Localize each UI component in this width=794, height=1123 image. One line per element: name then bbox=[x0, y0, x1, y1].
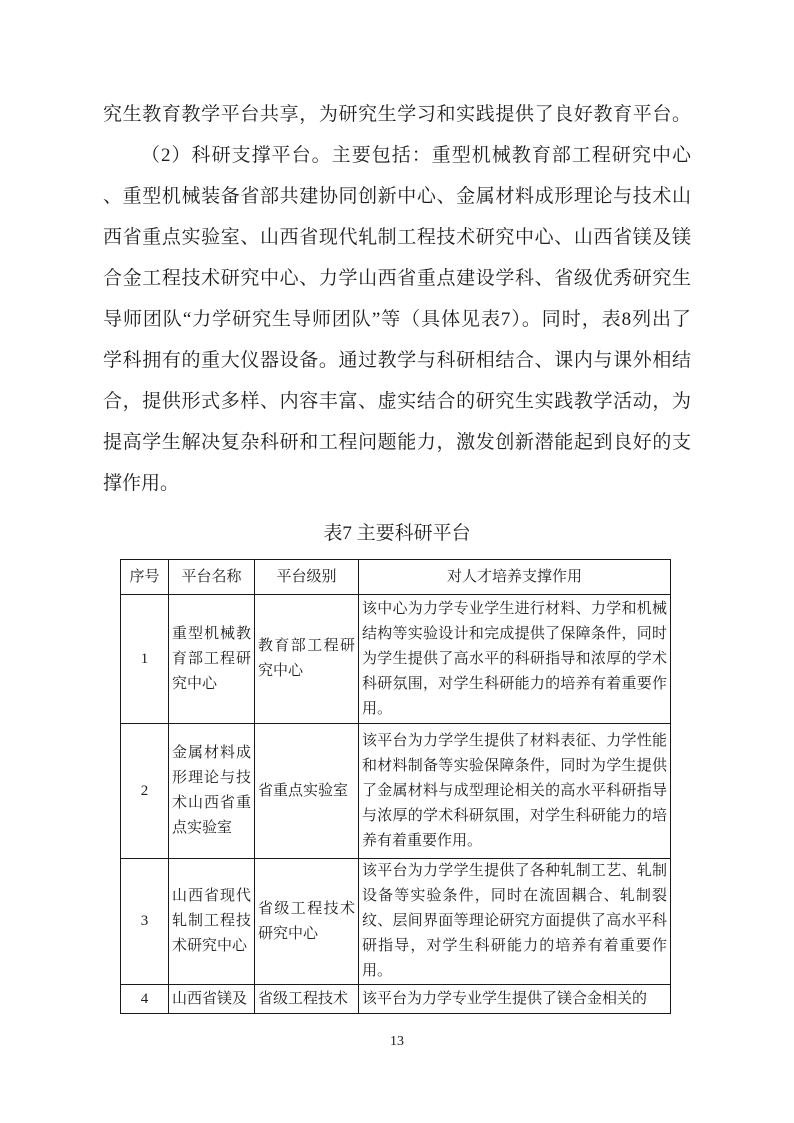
cell-name: 山西省镁及 bbox=[169, 985, 255, 1014]
cell-name: 山西省现代轧制工程技术研究中心 bbox=[169, 859, 255, 985]
table-body: 1重型机械教育部工程研究中心教育部工程研究中心该中心为力学专业学生进行材料、力学… bbox=[121, 595, 671, 1014]
table-row: 3山西省现代轧制工程技术研究中心省级工程技术研究中心该平台为力学学生提供了各种轧… bbox=[121, 859, 671, 985]
cell-no: 2 bbox=[121, 724, 169, 859]
cell-role: 该平台为力学学生提供了各种轧制工艺、轧制设备等实验条件，同时在流固耦合、轧制裂纹… bbox=[359, 859, 671, 985]
paragraph-1: 究生教育教学平台共享，为研究生学习和实践提供了良好教育平台。 bbox=[103, 94, 691, 135]
table-caption: 表7 主要科研平台 bbox=[103, 518, 691, 550]
table-header-row: 序号 平台名称 平台级别 对人才培养支撑作用 bbox=[121, 560, 671, 595]
header-cell-level: 平台级别 bbox=[255, 560, 359, 595]
cell-role: 该中心为力学专业学生进行材料、力学和机械结构等实验设计和完成提供了保障条件，同时… bbox=[359, 595, 671, 724]
cell-level: 教育部工程研究中心 bbox=[255, 595, 359, 724]
table-row: 2金属材料成形理论与技术山西省重点实验室省重点实验室该平台为力学学生提供了材料表… bbox=[121, 724, 671, 859]
body-text: 究生教育教学平台共享，为研究生学习和实践提供了良好教育平台。 （2）科研支撑平台… bbox=[103, 94, 691, 1014]
paragraph-2-line: 合，提供形式多样、内容丰富、虚实结合的研究生实践教学活动，为 bbox=[103, 381, 691, 422]
cell-name: 金属材料成形理论与技术山西省重点实验室 bbox=[169, 724, 255, 859]
paragraph-2-line: 撑作用。 bbox=[103, 463, 691, 504]
cell-no: 1 bbox=[121, 595, 169, 724]
header-cell-no: 序号 bbox=[121, 560, 169, 595]
paragraph-2-line: （2）科研支撑平台。主要包括：重型机械教育部工程研究中心 bbox=[103, 135, 691, 176]
document-page: 究生教育教学平台共享，为研究生学习和实践提供了良好教育平台。 （2）科研支撑平台… bbox=[0, 0, 794, 1123]
cell-no: 4 bbox=[121, 985, 169, 1014]
cell-level: 省重点实验室 bbox=[255, 724, 359, 859]
page-number: 13 bbox=[0, 1032, 794, 1052]
paragraph-2-line: 导师团队“力学研究生导师团队”等（具体见表7）。同时，表8列出了 bbox=[103, 299, 691, 340]
header-cell-role: 对人才培养支撑作用 bbox=[359, 560, 671, 595]
paragraph-2-line: 合金工程技术研究中心、力学山西省重点建设学科、省级优秀研究生 bbox=[103, 258, 691, 299]
paragraph-2-line: 提高学生解决复杂科研和工程问题能力，激发创新潜能起到良好的支 bbox=[103, 422, 691, 463]
cell-role: 该平台为力学学生提供了材料表征、力学性能和材料制备等实验保障条件，同时为学生提供… bbox=[359, 724, 671, 859]
table-row: 1重型机械教育部工程研究中心教育部工程研究中心该中心为力学专业学生进行材料、力学… bbox=[121, 595, 671, 724]
table-row: 4山西省镁及省级工程技术该平台为力学专业学生提供了镁合金相关的 bbox=[121, 985, 671, 1014]
paragraph-2-line: 西省重点实验室、山西省现代轧制工程技术研究中心、山西省镁及镁 bbox=[103, 217, 691, 258]
cell-level: 省级工程技术 bbox=[255, 985, 359, 1014]
cell-role: 该平台为力学专业学生提供了镁合金相关的 bbox=[359, 985, 671, 1014]
cell-name: 重型机械教育部工程研究中心 bbox=[169, 595, 255, 724]
research-platforms-table: 序号 平台名称 平台级别 对人才培养支撑作用 1重型机械教育部工程研究中心教育部… bbox=[120, 559, 671, 1014]
header-cell-name: 平台名称 bbox=[169, 560, 255, 595]
cell-level: 省级工程技术研究中心 bbox=[255, 859, 359, 985]
paragraph-1-line: 究生教育教学平台共享，为研究生学习和实践提供了良好教育平台。 bbox=[103, 94, 691, 135]
cell-no: 3 bbox=[121, 859, 169, 985]
paragraph-2: （2）科研支撑平台。主要包括：重型机械教育部工程研究中心、重型机械装备省部共建协… bbox=[103, 135, 691, 504]
paragraph-2-line: 、重型机械装备省部共建协同创新中心、金属材料成形理论与技术山 bbox=[103, 176, 691, 217]
paragraph-2-line: 学科拥有的重大仪器设备。通过教学与科研相结合、课内与课外相结 bbox=[103, 340, 691, 381]
